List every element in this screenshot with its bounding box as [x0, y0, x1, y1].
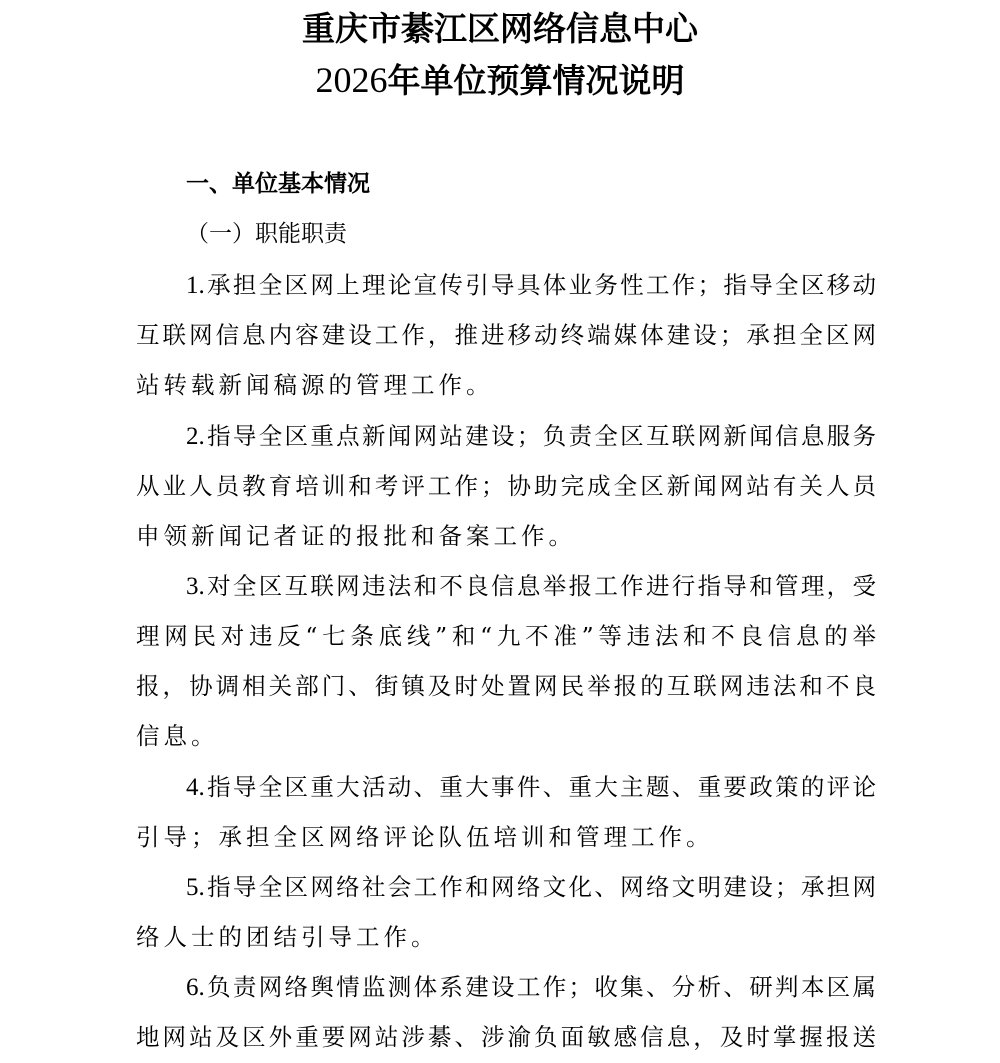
paragraph-line: 1.承担全区网上理论宣传引导具体业务性工作；指导全区移动	[186, 267, 876, 304]
paragraph-line: 申领新闻记者证的报批和备案工作。	[136, 518, 876, 554]
paragraph-line: 理网民对违反“七条底线”和“九不准”等违法和不良信息的举	[136, 618, 876, 654]
document-page: 重庆市綦江区网络信息中心 2026年单位预算情况说明 一、单位基本情况 （一）职…	[0, 0, 1000, 1063]
document-title-line-2: 2026年单位预算情况说明	[0, 60, 1000, 101]
paragraph-line: 4.指导全区重大活动、重大事件、重大主题、重要政策的评论	[186, 769, 876, 806]
paragraph-line: 3.对全区互联网违法和不良信息举报工作进行指导和管理，受	[186, 568, 876, 605]
subsection-heading-duties: （一）职能职责	[186, 216, 347, 252]
paragraph-line: 络人士的团结引导工作。	[136, 919, 876, 955]
title-rest: 年单位预算情况说明	[388, 61, 685, 100]
paragraph-line: 报，协调相关部门、街镇及时处置网民举报的互联网违法和不良	[136, 668, 876, 704]
document-title-line-1: 重庆市綦江区网络信息中心	[0, 9, 1000, 49]
paragraph-line: 从业人员教育培训和考评工作；协助完成全区新闻网站有关人员	[136, 468, 876, 504]
paragraph-line: 2.指导全区重点新闻网站建设；负责全区互联网新闻信息服务	[186, 418, 876, 455]
section-heading-basic-info: 一、单位基本情况	[186, 166, 370, 202]
paragraph-line: 信息。	[136, 718, 876, 754]
paragraph-line: 站转载新闻稿源的管理工作。	[136, 367, 876, 403]
paragraph-line: 地网站及区外重要网站涉綦、涉渝负面敏感信息，及时掌握报送	[136, 1019, 876, 1055]
paragraph-line: 互联网信息内容建设工作，推进移动终端媒体建设；承担全区网	[136, 317, 876, 353]
paragraph-line: 引导；承担全区网络评论队伍培训和管理工作。	[136, 819, 876, 855]
paragraph-line: 6.负责网络舆情监测体系建设工作；收集、分析、研判本区属	[186, 969, 876, 1006]
paragraph-line: 5.指导全区网络社会工作和网络文化、网络文明建设；承担网	[186, 869, 876, 906]
title-year: 2026	[316, 60, 388, 100]
